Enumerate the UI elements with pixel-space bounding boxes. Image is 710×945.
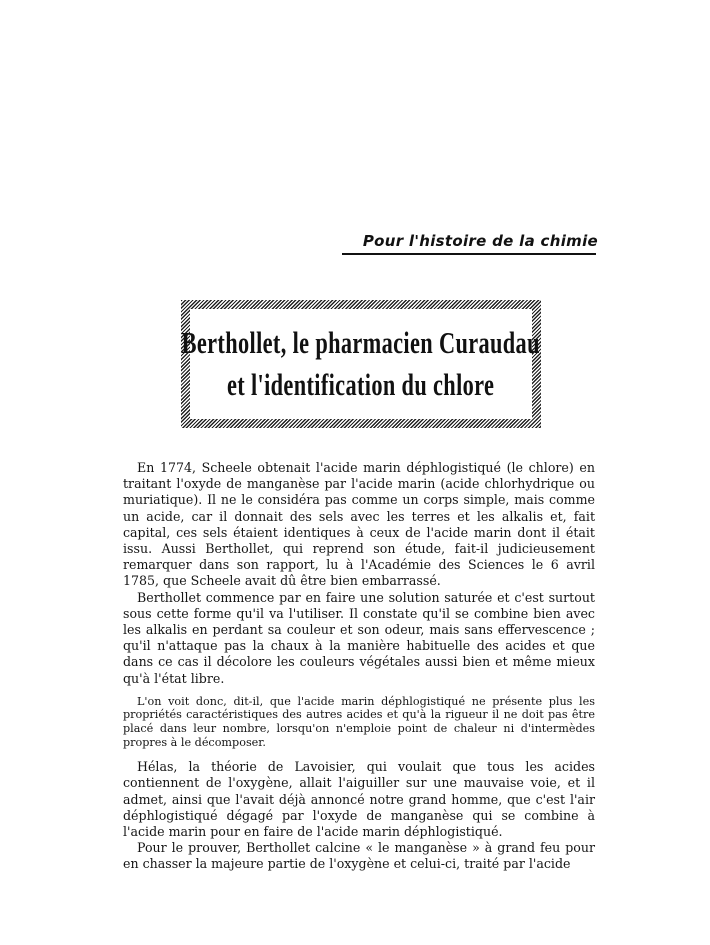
paragraph: Berthollet commence par en faire une sol… [123,590,595,687]
title-box: Berthollet, le pharmacien Curaudau et l'… [181,300,541,428]
quotation: L'on voit donc, dit-il, que l'acide mari… [123,695,595,749]
paragraph: Pour le prouver, Berthollet calcine « le… [123,840,595,872]
title-box-inner: Berthollet, le pharmacien Curaudau et l'… [190,309,532,419]
running-head: Pour l'histoire de la chimie [336,232,598,250]
article-title-line-2: et l'identification du chlore [227,364,494,406]
running-head-rule [342,253,596,255]
article-body: En 1774, Scheele obtenait l'acide marin … [123,460,595,873]
paragraph: En 1774, Scheele obtenait l'acide marin … [123,460,595,590]
paragraph: Hélas, la théorie de Lavoisier, qui voul… [123,759,595,840]
article-title-line-1: Berthollet, le pharmacien Curaudau [182,322,540,364]
